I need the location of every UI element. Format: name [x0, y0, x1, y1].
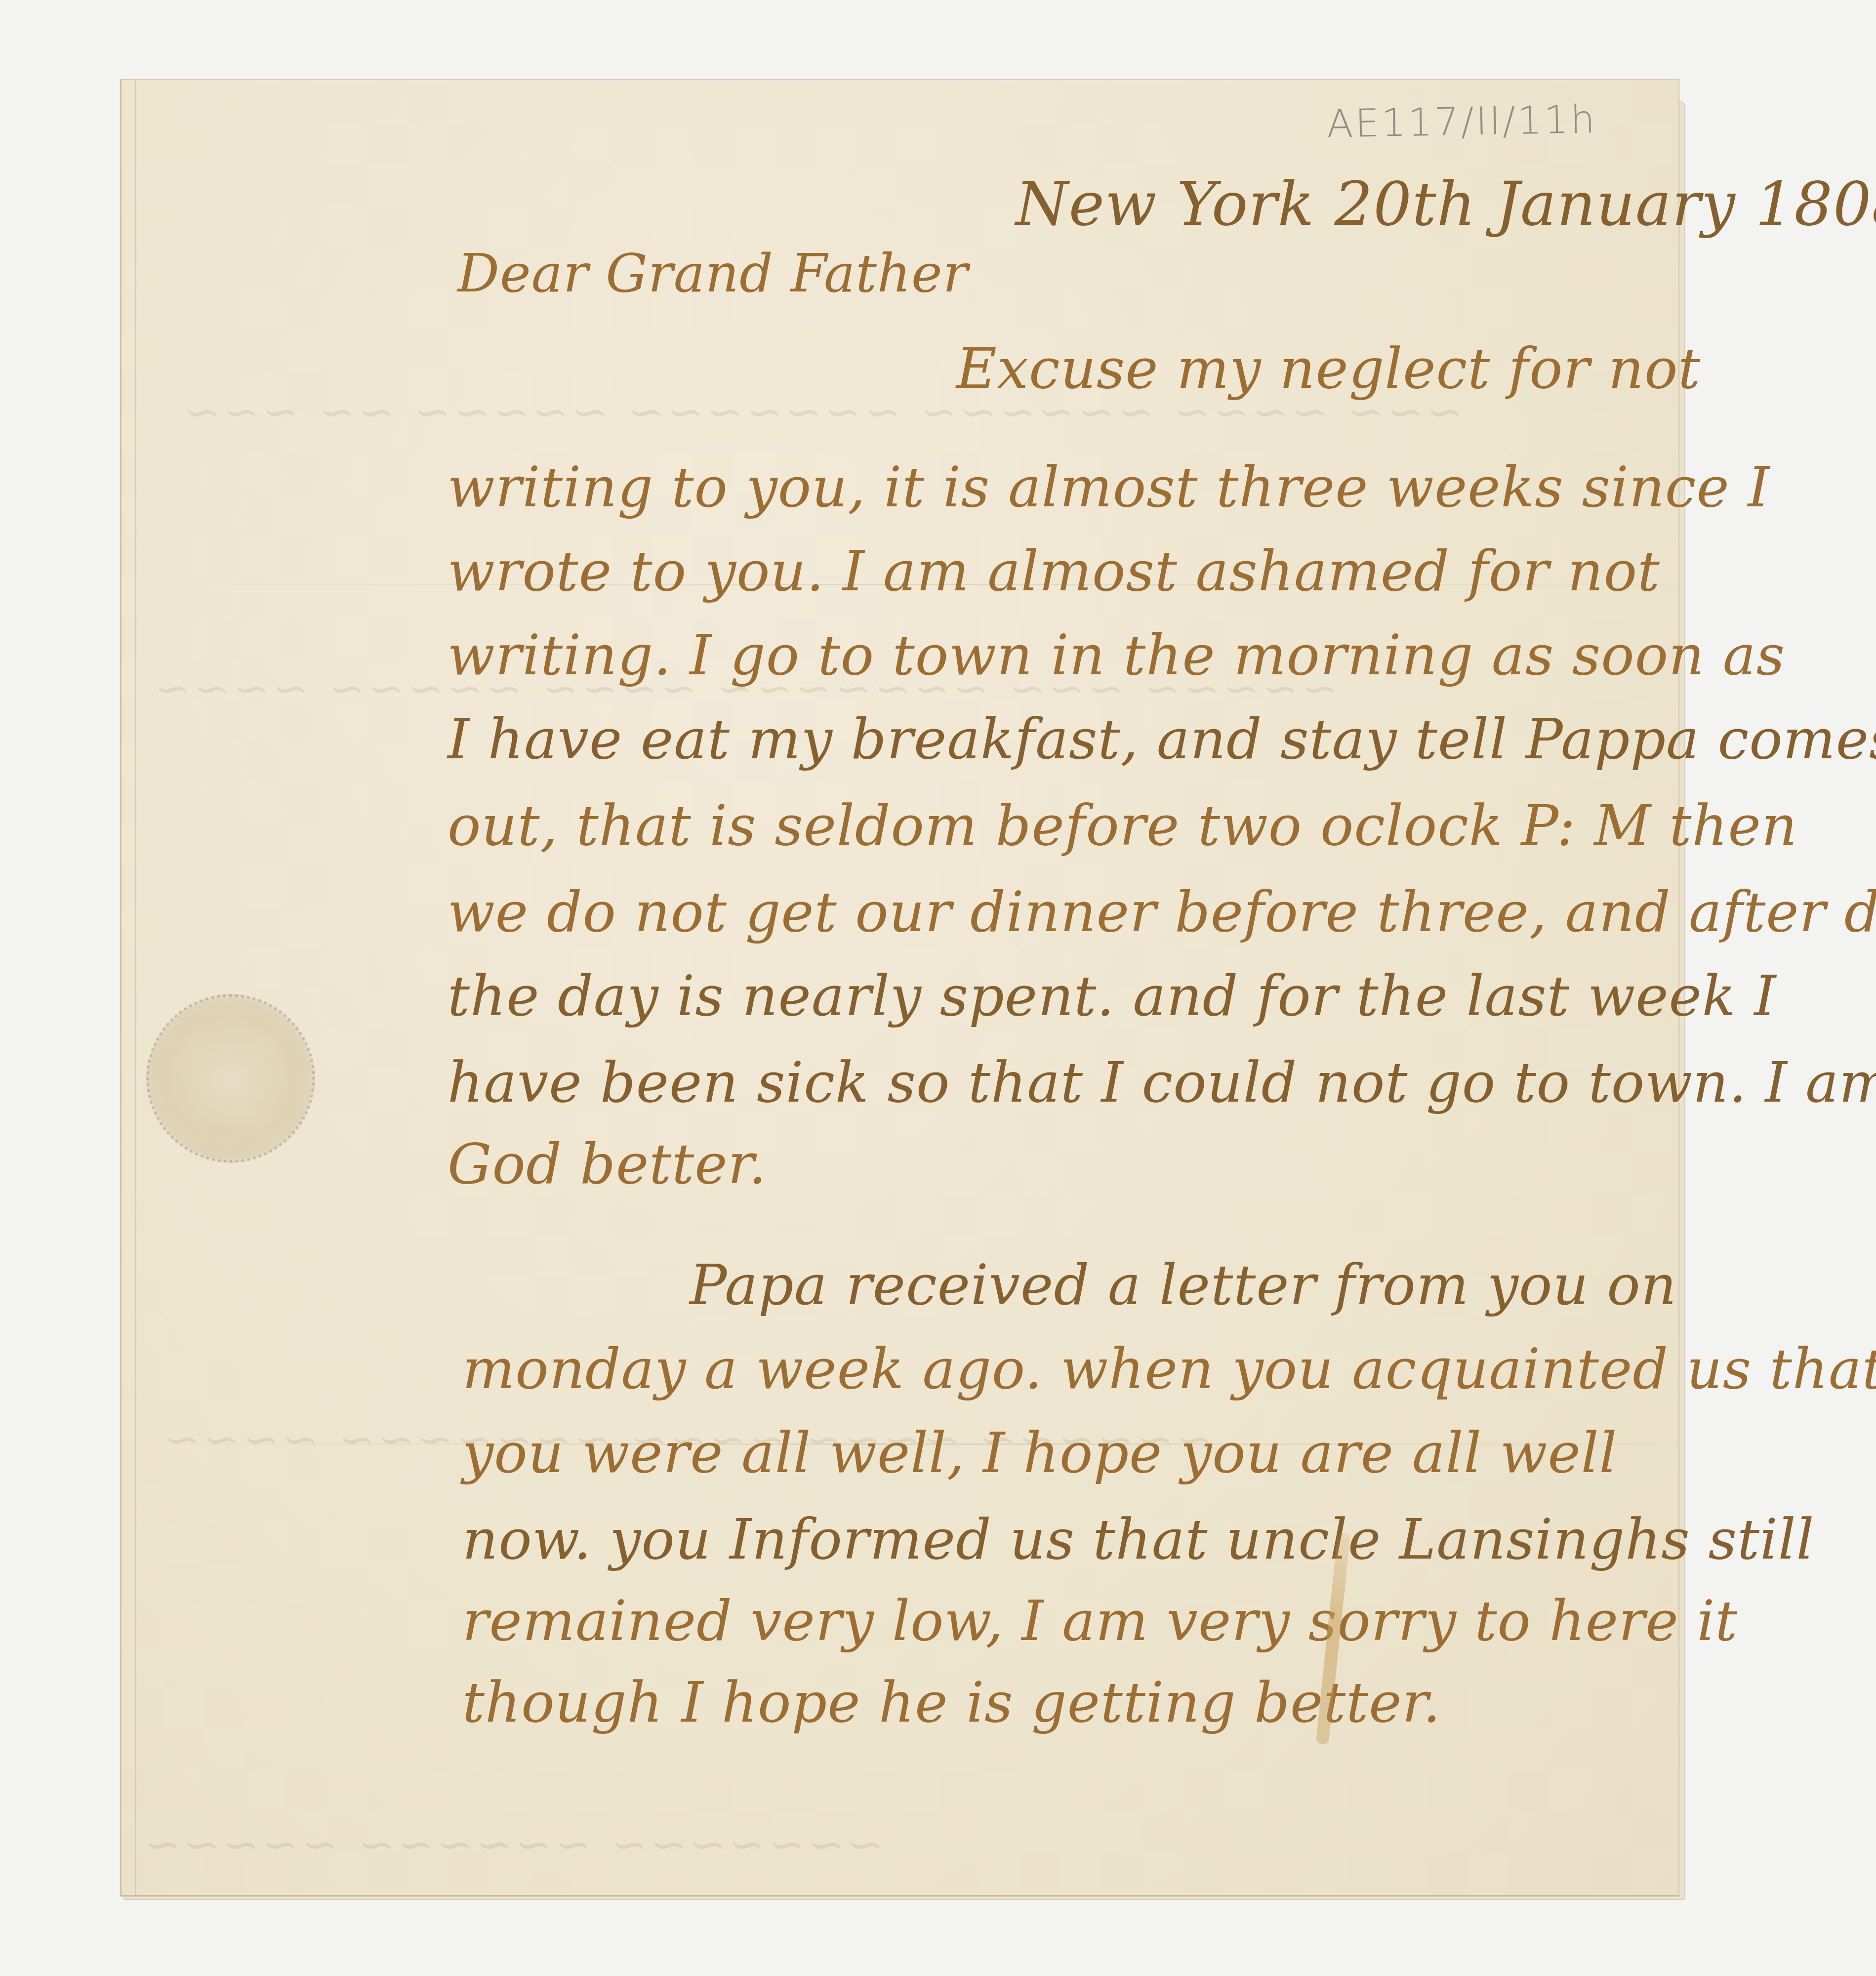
dateline: New York 20th January 1808 — [1016, 169, 1876, 239]
salutation: Dear Grand Father — [457, 243, 968, 304]
letter-line: though I hope he is getting better. — [462, 1671, 1441, 1735]
archive-pencil-mark: AE117/II/11h — [1326, 97, 1597, 147]
letter-line: writing to you, it is almost three weeks… — [448, 455, 1770, 520]
letter-line: Papa received a letter from you on — [690, 1253, 1677, 1317]
letter-line: remained very low, I am very sorry to he… — [462, 1589, 1738, 1653]
letter-line: monday a week ago. when you acquainted u… — [462, 1337, 1876, 1401]
letter-line: wrote to you. I am almost ashamed for no… — [448, 539, 1660, 604]
wax-seal-mark — [146, 994, 315, 1163]
letter-line: have been sick so that I could not go to… — [448, 1051, 1876, 1115]
letter-line: out, that is seldom before two oclock P:… — [448, 794, 1797, 858]
letter-line: you were all well, I hope you are all we… — [462, 1421, 1617, 1485]
letter-line: Excuse my neglect for not — [956, 337, 1701, 401]
letter-line: the day is nearly spent. and for the las… — [448, 964, 1777, 1029]
letter-line: writing. I go to town in the morning as … — [448, 623, 1785, 688]
letter-line: God better. — [448, 1132, 767, 1196]
left-fold-crease — [135, 80, 136, 1895]
letter-line: I have eat my breakfast, and stay tell P… — [448, 707, 1876, 772]
bleed-through-text: ~~~~~~~ ~~~~~~ ~~~~~ — [141, 1819, 884, 1870]
letter-page: ~~~ ~~~~ ~~~~~~ ~~~~~~~ ~~~~~ ~~ ~~~ ~~~… — [120, 79, 1679, 1896]
letter-line: we do not get our dinner before three, a… — [448, 880, 1876, 945]
letter-line: now. you Informed us that uncle Lansingh… — [462, 1508, 1814, 1572]
